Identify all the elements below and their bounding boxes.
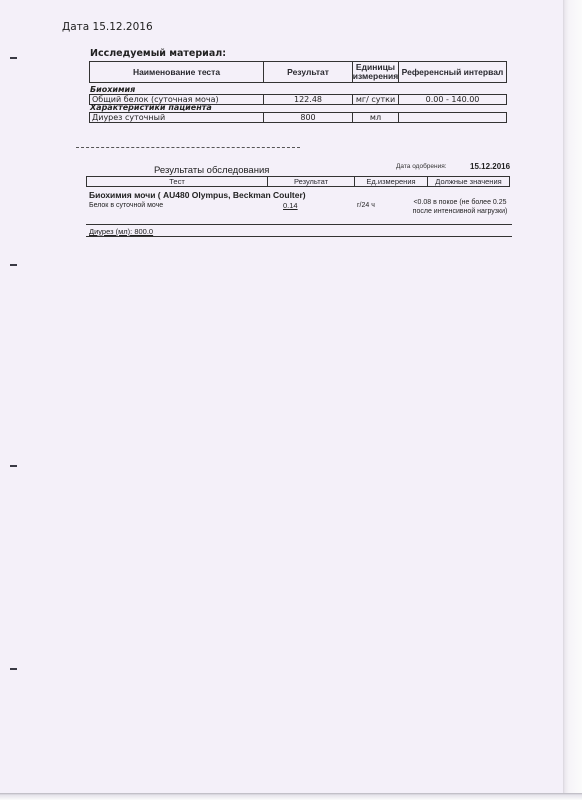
approval-date: 15.12.2016: [470, 162, 510, 171]
margin-mark: [10, 264, 17, 266]
margin-mark: [10, 465, 17, 467]
results-table-header: Тест Результат Ед.измерения Должные знач…: [86, 176, 510, 187]
cell-test: Диурез суточный: [90, 113, 264, 122]
col-result: Результат: [268, 177, 355, 186]
cell-result: 800: [264, 113, 353, 122]
margin-mark: [10, 668, 17, 670]
group-label: Биохимия: [90, 85, 135, 94]
divider: [86, 236, 512, 237]
results-section-title: Результаты обследования: [154, 165, 269, 176]
col-normal-values: Должные значения: [428, 177, 509, 186]
scan-page-edge: [563, 0, 582, 800]
result-value: 0.14: [283, 201, 313, 210]
result-test-name: Белок в суточной моче: [89, 202, 163, 209]
col-test-name: Наименование теста: [90, 62, 264, 82]
results-group-label: Биохимия мочи ( AU480 Olympus, Beckman C…: [89, 190, 306, 200]
cell-reference: 0.00 - 140.00: [399, 95, 506, 104]
col-units: Единицы измерения: [353, 62, 399, 82]
material-table-header: Наименование теста Результат Единицы изм…: [89, 61, 507, 83]
cell-reference: [399, 113, 506, 122]
result-unit: г/24 ч: [357, 202, 375, 209]
divider: [86, 224, 512, 225]
cell-unit: мл: [353, 113, 399, 122]
approval-date-label: Дата одобрения:: [396, 163, 447, 170]
material-section-title: Исследуемый материал:: [90, 48, 226, 59]
dashed-separator: [76, 147, 300, 148]
col-test: Тест: [87, 177, 268, 186]
col-unit: Ед.измерения: [355, 177, 428, 186]
group-label: Характеристики пациента: [90, 103, 212, 112]
scan-bottom-edge: [0, 793, 582, 800]
table-row: Диурез суточный 800 мл: [89, 112, 507, 123]
diuresis-note: Диурез (мл): 800.0: [89, 227, 153, 236]
cell-result: 122.48: [264, 95, 353, 104]
document-date: Дата 15.12.2016: [62, 21, 153, 33]
col-reference: Референсный интервал: [399, 62, 506, 82]
col-result: Результат: [264, 62, 353, 82]
result-reference: <0.08 в покое (не более 0.25 после интен…: [408, 199, 512, 216]
cell-unit: мг/ сутки: [353, 95, 399, 104]
margin-mark: [10, 57, 17, 59]
